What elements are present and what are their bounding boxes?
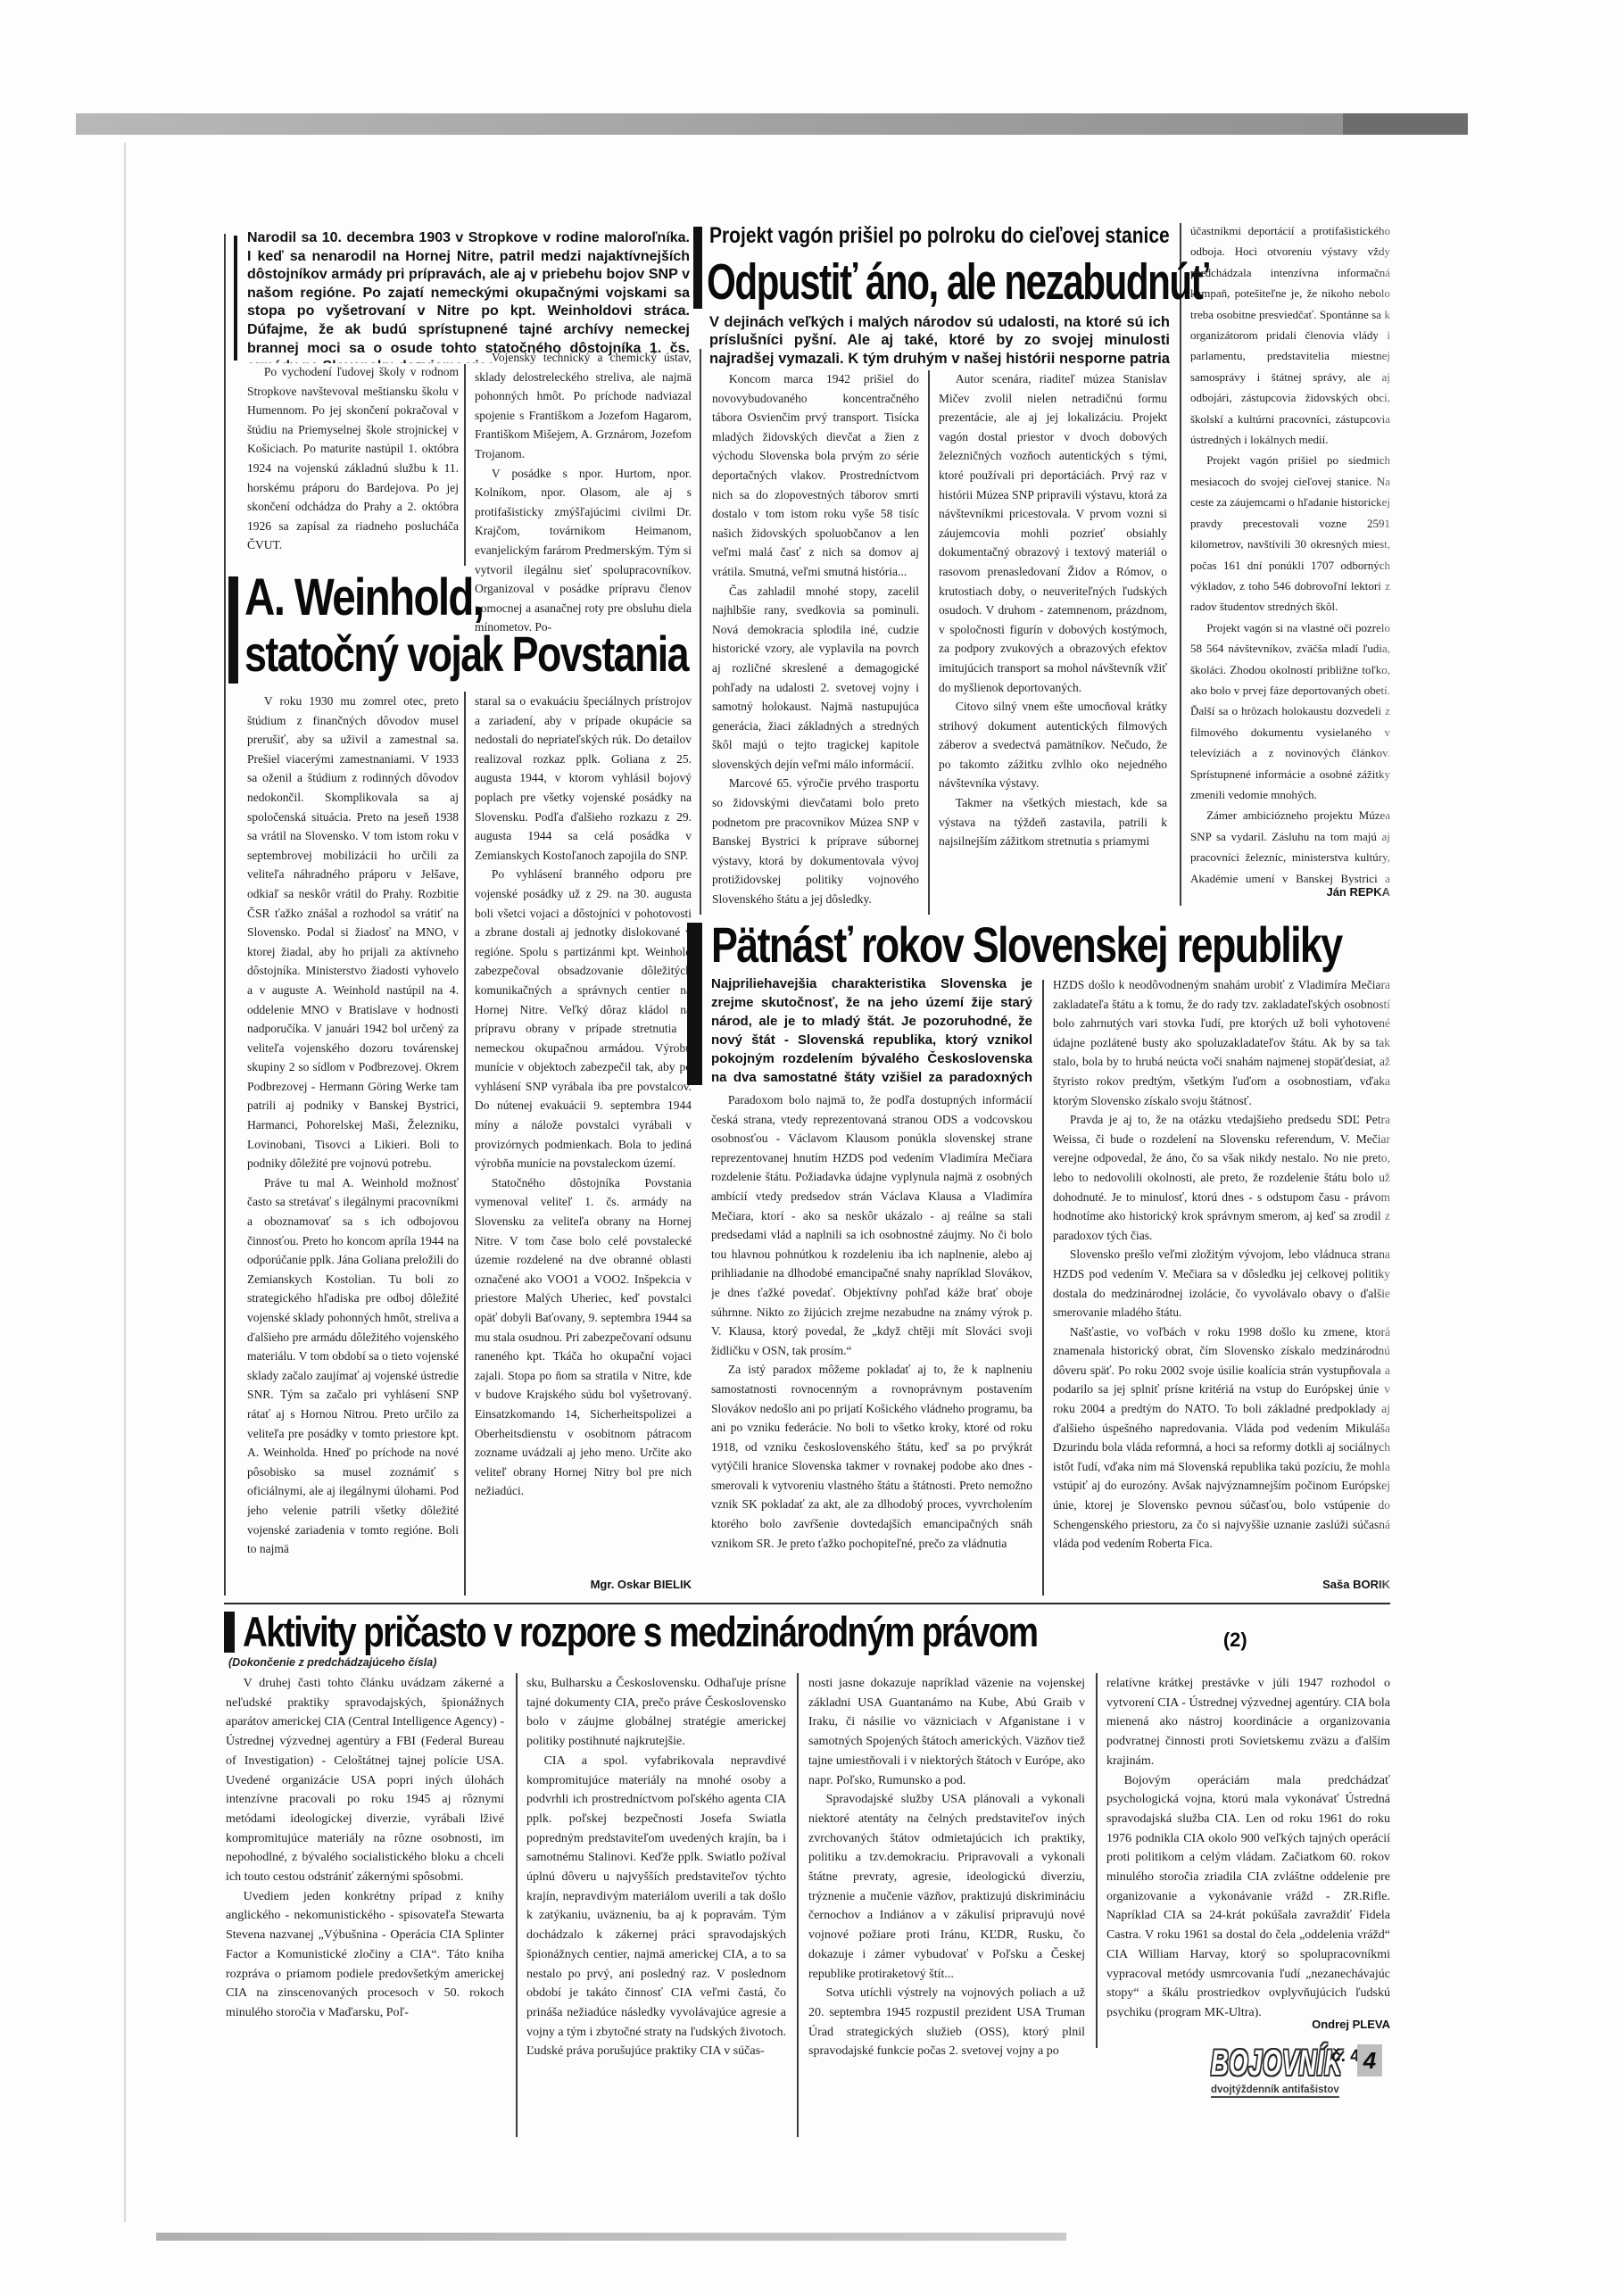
republika-col1: Paradoxom bolo najmä to, že podľa dostup… (711, 1090, 1032, 1596)
scan-left-edge (124, 143, 126, 2222)
aktivity-byline: Ondrej PLEVA (1231, 2018, 1390, 2031)
scan-right-fade (1376, 214, 1406, 1597)
aktivity-headline-bar (224, 1612, 235, 1653)
republika-col2: HZDS došlo k neodôvodneným snahám urobiť… (1053, 975, 1390, 1596)
vagon-kicker-bar (693, 227, 702, 309)
rule-a-col23 (797, 1673, 799, 2137)
weinhold-col1-rest: V roku 1930 mu zomrel otec, preto štúdiu… (247, 692, 459, 1596)
vagon-col3: účastníkmi deportácií a protifašistickéh… (1190, 220, 1390, 891)
republika-byline: Saša BORIK (1256, 1578, 1390, 1591)
weinhold-headline-line1: A. Weinhold, (244, 568, 535, 627)
aktivity-col3: nosti jasne dokazuje napríklad väzenie n… (808, 1674, 1085, 2140)
vagon-col2: Autor scenára, riaditeľ múzea Stanislav … (939, 369, 1167, 916)
newspaper-page: Narodil sa 10. decembra 1903 v Stropkove… (0, 0, 1624, 2296)
weinhold-headline-bar (228, 576, 238, 684)
scan-top-band-dark (1343, 113, 1468, 135)
weinhold-byline: Mgr. Oskar BIELIK (501, 1578, 692, 1591)
rule-w-col12-top (464, 364, 466, 566)
rule-vagon-col3 (1180, 223, 1181, 906)
rule-w-col12-bottom (464, 692, 466, 1596)
vagon-kicker: Projekt vagón prišiel po polroku do cieľ… (709, 223, 1257, 249)
vagon-standfirst: V dejinách veľkých i malých národov sú u… (709, 313, 1170, 369)
aktivity-col4: relatívne krátkej prestávke v júli 1947 … (1106, 1674, 1390, 2018)
bojovnik-tagline: dvojtýždenník antifašistov (1211, 2085, 1339, 2098)
weinhold-col1-top: Po vychodení ľudovej školy v rodnom Stro… (247, 362, 459, 566)
issue-label: č. 4 (1331, 2047, 1360, 2067)
scan-bottom-streak (156, 2233, 1066, 2241)
aktivity-kicker: (Dokončenie z predchádzajúceho čísla) (228, 1656, 496, 1669)
weinhold-intro: Narodil sa 10. decembra 1903 v Stropkove… (247, 229, 690, 363)
rule-above-aktivity (224, 1603, 1390, 1604)
rule-left (224, 234, 226, 1596)
rule-a-col12 (516, 1673, 518, 2137)
aktivity-col1: V druhej časti tohto článku uvádzam záke… (226, 1674, 504, 2101)
weinhold-col2-rest: staral sa o evakuáciu špeciálnych prístr… (475, 692, 692, 1596)
republika-lead: Najpriliehavejšia charakteristika Sloven… (711, 974, 1032, 1089)
aktivity-col2: sku, Bulharsku a Československu. Odhaľuj… (526, 1674, 786, 2140)
vagon-byline: Ján REPKA (1231, 885, 1390, 899)
aktivity-headline-part-number: (2) (1223, 1629, 1247, 1652)
rule-republika-cols (1042, 980, 1044, 1596)
vagon-col1: Koncom marca 1942 prišiel do novovybudov… (712, 369, 919, 916)
rule-a-col34 (1096, 1673, 1098, 2048)
scan-top-band (76, 113, 1468, 135)
page-number-box: 4 (1357, 2044, 1382, 2076)
rule-vagon-cols (928, 370, 930, 915)
intro-left-bar (234, 236, 237, 361)
aktivity-headline: Aktivity pričasto v rozpore s medzinárod… (243, 1607, 1247, 1656)
republika-headline-bar (687, 923, 702, 1085)
